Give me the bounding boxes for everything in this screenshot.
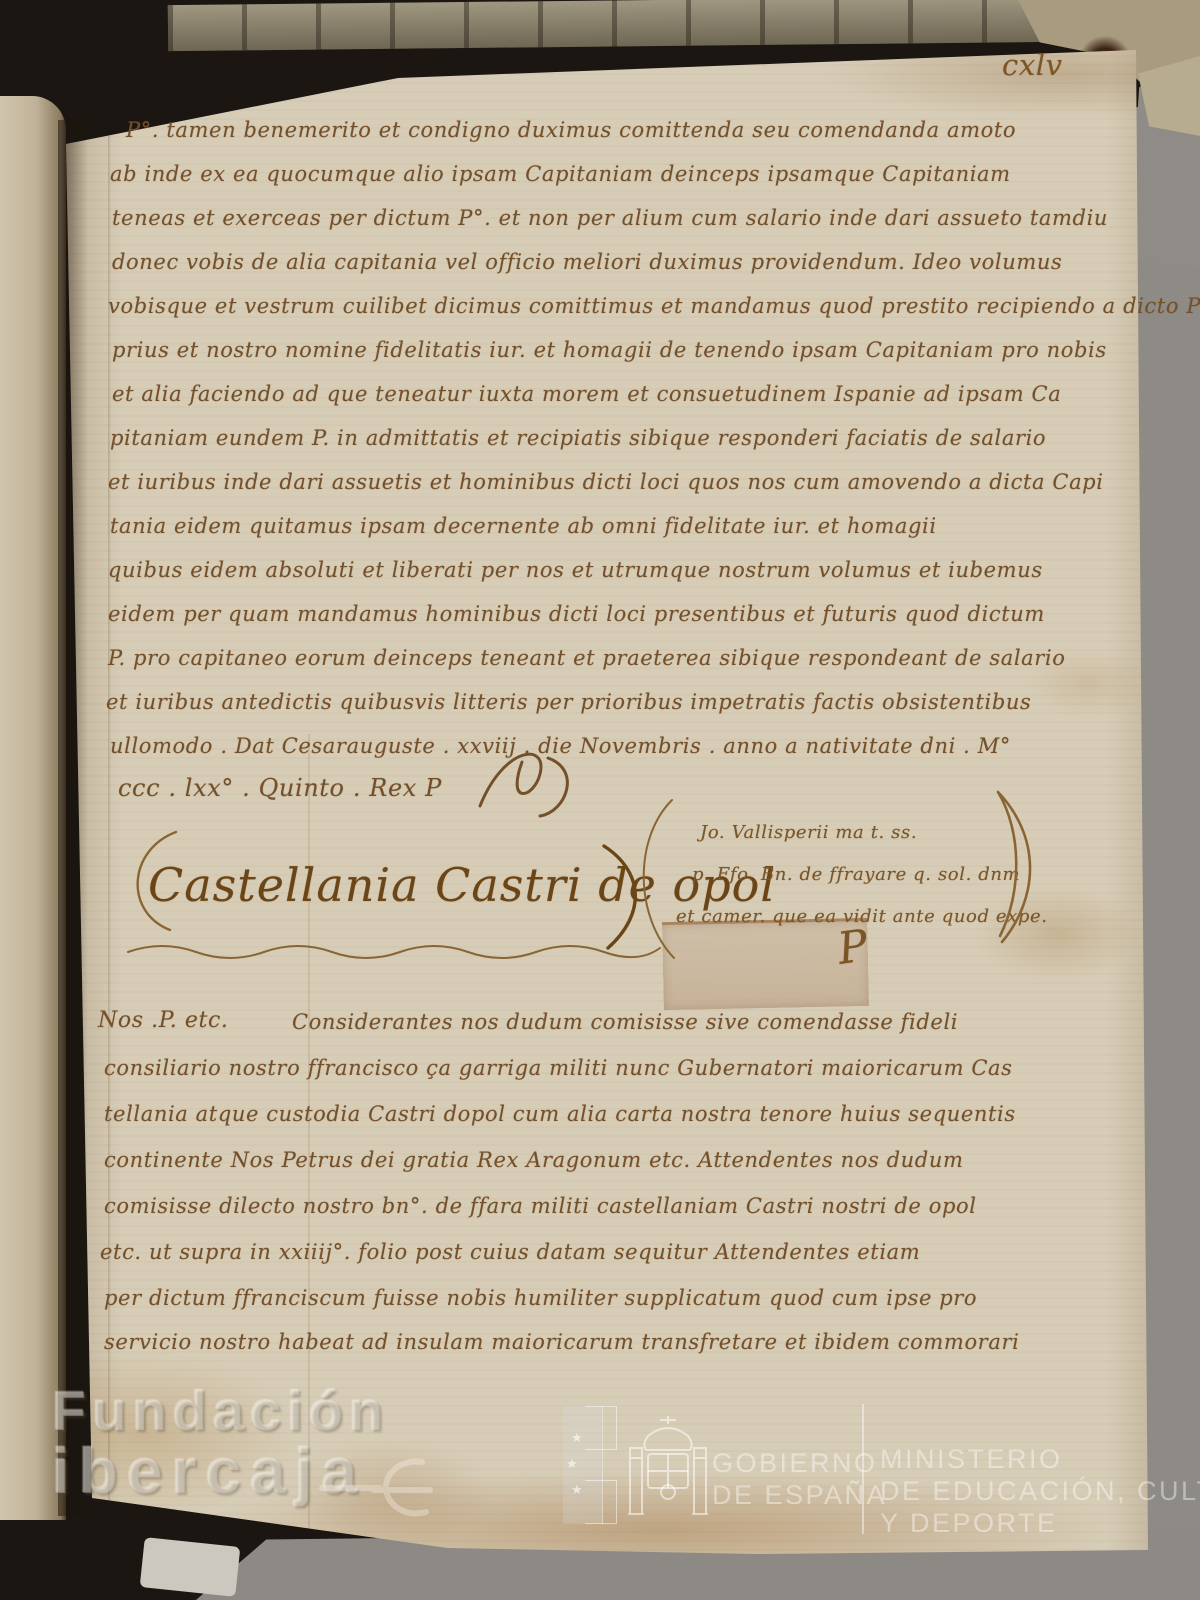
manuscript-photo: cxlv P°. tamen benemerito et condigno du…: [0, 0, 1200, 1600]
gutter-shadow: [58, 120, 88, 1516]
manuscript-line: P°. tamen benemerito et condigno duximus…: [126, 118, 1016, 142]
folio-number: cxlv: [1002, 48, 1063, 82]
manuscript-line: teneas et exerceas per dictum P°. et non…: [112, 206, 1108, 230]
manuscript-line: per dictum ffranciscum fuisse nobis humi…: [104, 1286, 977, 1310]
manuscript-line: et iuribus antedictis quibusvis litteris…: [106, 690, 1031, 714]
manuscript-line: continente Nos Petrus dei gratia Rex Ara…: [104, 1148, 963, 1172]
heading-left-flourish: [118, 826, 188, 946]
manuscript-line: Considerantes nos dudum comisisse sive c…: [292, 1010, 958, 1034]
manuscript-date-signature: ccc . lxx° . Quinto . Rex P: [118, 774, 442, 802]
binding-headband: [168, 0, 1148, 51]
heading-underline-squiggle: [124, 938, 664, 964]
manuscript-line: etc. ut supra in xxiiij°. folio post cui…: [100, 1240, 920, 1264]
manuscript-line: pitaniam eundem P. in admittatis et reci…: [110, 426, 1046, 450]
royal-paraph-flourish: [470, 740, 600, 820]
next-folio-edge: [140, 1537, 241, 1597]
manuscript-line: tellania atque custodia Castri dopol cum…: [104, 1102, 1016, 1126]
manuscript-line: servicio nostro habeat ad insulam maiori…: [104, 1330, 1019, 1354]
manuscript-line: eidem per quam mandamus hominibus dicti …: [108, 602, 1045, 626]
manuscript-line: ab inde ex ea quocumque alio ipsam Capit…: [110, 162, 1011, 186]
section-heading: Castellania Castri de opol: [148, 858, 776, 912]
manuscript-line: vobisque et vestrum cuilibet dicimus com…: [108, 294, 1200, 318]
manuscript-line: prius et nostro nomine fidelitatis iur. …: [112, 338, 1107, 362]
manuscript-line: P. pro capitaneo eorum deinceps teneant …: [108, 646, 1065, 670]
manuscript-line: consiliario nostro ffrancisco ça garriga…: [104, 1056, 1013, 1080]
facing-page-edge: [0, 96, 66, 1520]
manuscript-line: quibus eidem absoluti et liberati per no…: [108, 558, 1043, 582]
note-right-paren: [992, 788, 1046, 948]
paragraph-margin-rubric: Nos .P. etc.: [98, 1008, 228, 1033]
manuscript-line: donec vobis de alia capitania vel offici…: [112, 250, 1062, 274]
manuscript-line: et iuribus inde dari assuetis et hominib…: [108, 470, 1104, 494]
marginal-note-line: Jo. Vallisperii ma t. ss.: [700, 822, 917, 843]
manuscript-line: comisisse dilecto nostro bn°. de ffara m…: [104, 1194, 977, 1218]
marginal-note-line: p. Ffo. Bn. de ffrayare q. sol. dnm: [692, 864, 1020, 885]
note-left-arc: [628, 796, 678, 966]
manuscript-line: tania eidem quitamus ipsam decernente ab…: [110, 514, 937, 538]
manuscript-line: et alia faciendo ad que teneatur iuxta m…: [112, 382, 1061, 406]
